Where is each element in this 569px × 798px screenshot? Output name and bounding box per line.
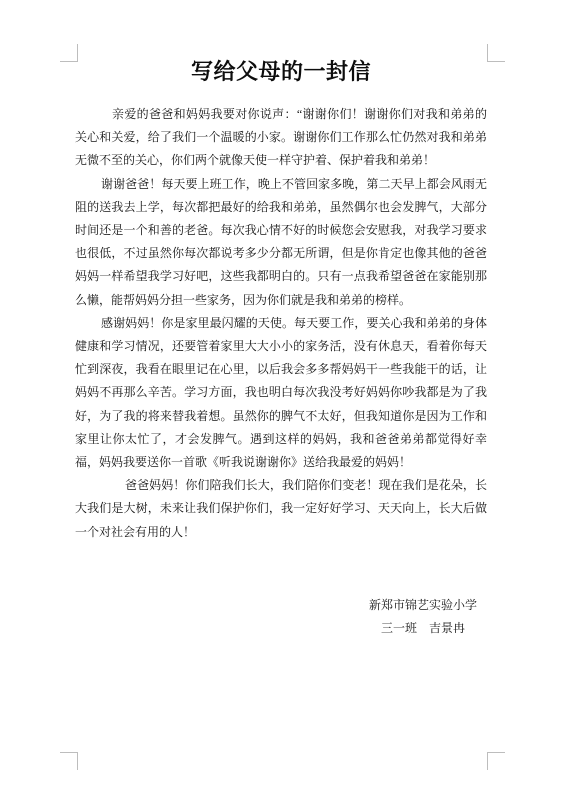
signature-class-and-name: 三一班 吉景冉 bbox=[369, 617, 477, 640]
text-boundary-mark-bottom-left bbox=[60, 752, 78, 770]
letter-paragraph: 爸爸妈妈！你们陪我们长大，我们陪你们变老！现在我们是花朵，长大我们是大树，未来让… bbox=[75, 474, 487, 544]
letter-paragraph: 感谢妈妈！你是家里最闪耀的天使。每天要工作，要关心我和弟弟的身体健康和学习情况，… bbox=[75, 312, 487, 474]
letter-paragraph: 亲爱的爸爸和妈妈我要对你说声：“谢谢你们！谢谢你们对我和弟弟的关心和关爱，给了我… bbox=[75, 103, 487, 173]
letter-title: 写给父母的一封信 bbox=[75, 57, 487, 87]
letter-body: 亲爱的爸爸和妈妈我要对你说声：“谢谢你们！谢谢你们对我和弟弟的关心和关爱，给了我… bbox=[75, 103, 487, 544]
text-boundary-mark-top-right bbox=[487, 44, 505, 62]
signature-block: 新郑市锦艺实验小学 三一班 吉景冉 bbox=[369, 594, 477, 640]
document-page: 写给父母的一封信 亲爱的爸爸和妈妈我要对你说声：“谢谢你们！谢谢你们对我和弟弟的… bbox=[0, 0, 569, 798]
letter-paragraph: 谢谢爸爸！每天要上班工作，晚上不管回家多晚，第二天早上都会风雨无阻的送我去上学，… bbox=[75, 173, 487, 312]
signature-school: 新郑市锦艺实验小学 bbox=[369, 594, 477, 617]
text-boundary-mark-bottom-right bbox=[487, 752, 505, 770]
document-content: 写给父母的一封信 亲爱的爸爸和妈妈我要对你说声：“谢谢你们！谢谢你们对我和弟弟的… bbox=[75, 57, 487, 640]
